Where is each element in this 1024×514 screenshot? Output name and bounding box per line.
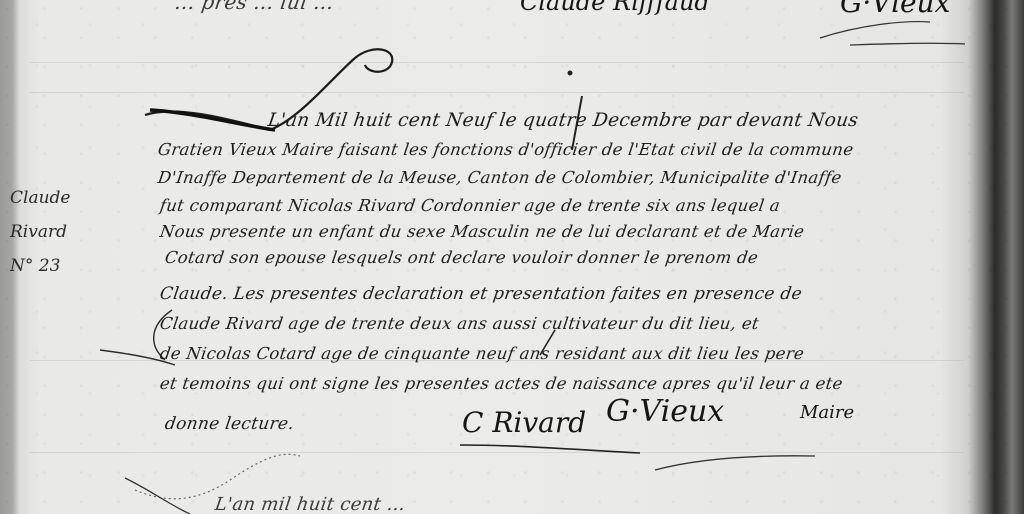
- bottom-fragment-text: L'an mil huit cent ...: [214, 494, 407, 514]
- signature-maire: Maire: [800, 402, 854, 423]
- record-line-10: et temoins qui ont signe les presentes a…: [159, 374, 844, 393]
- record-line-7: Claude. Les presentes declaration et pre…: [159, 284, 804, 304]
- signature-vieux: G·Vieux: [606, 394, 724, 429]
- ruled-line: [30, 92, 964, 93]
- top-signature-2: G·Vieux: [840, 0, 950, 19]
- record-line-9: de Nicolas Cotard age de cinquante neuf …: [159, 344, 806, 363]
- signature-rivard: C Rivard: [462, 406, 586, 439]
- ruled-line: [30, 62, 964, 63]
- record-line-3: D'Inaffe Departement de la Meuse, Canton…: [157, 168, 843, 187]
- record-line-8: Claude Rivard age de trente deux ans aus…: [159, 314, 761, 333]
- record-line-1: L'an Mil huit cent Neuf le quatre Decemb…: [267, 110, 860, 131]
- margin-note-number: N° 23: [10, 256, 60, 276]
- record-line-4: fut comparant Nicolas Rivard Cordonnier …: [159, 196, 782, 215]
- top-fragment-text: ... pres ... lui ...: [173, 0, 335, 14]
- top-signature-1: Claude Rifffaud: [520, 0, 710, 16]
- document-page: ... pres ... lui ... Claude Rifffaud G·V…: [0, 0, 1024, 514]
- margin-note-surname: Rivard: [10, 222, 67, 242]
- margin-note-firstname: Claude: [10, 188, 70, 208]
- record-line-6: Cotard son epouse lesquels ont declare v…: [164, 248, 760, 267]
- ruled-line: [30, 452, 964, 453]
- record-line-5: Nous presente un enfant du sexe Masculin…: [159, 222, 806, 241]
- record-line-2: Gratien Vieux Maire faisant les fonction…: [157, 140, 855, 159]
- record-line-11: donne lecture.: [164, 414, 296, 434]
